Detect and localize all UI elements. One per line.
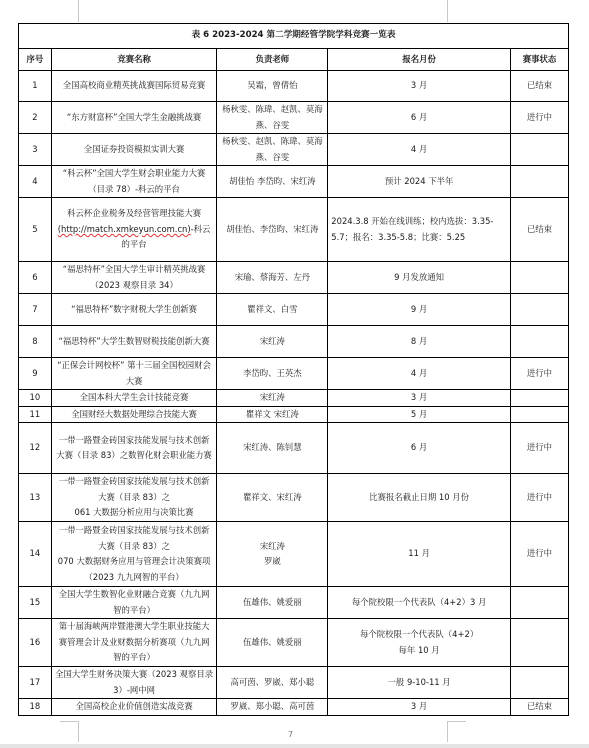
cell-month: 8 月 [328, 326, 511, 358]
cell-month: 9 月发放通知 [328, 262, 511, 294]
header-status: 赛事状态 [510, 49, 568, 71]
header-name: 竞赛名称 [51, 49, 217, 71]
cell-name: “福思特杯”全国大学生审计精英挑战赛（2023 观察目录 34） [51, 262, 217, 294]
cell-name: “福思特杯”大学生数智财税技能创新大赛 [51, 326, 217, 358]
cell-name: “正保会计网校杯” 第十三届全国校园财会大赛 [51, 358, 217, 390]
cell-teacher: 罗崴、郑小聪、高可茵 [217, 699, 328, 716]
cell-month: 2024.3.8 开始在线训练；校内选拔：3.35-5.7；报名：3.35-5.… [328, 198, 511, 262]
table-title: 表 6 2023-2024 第二学期经管学院学科竞赛一览表 [19, 24, 569, 49]
cell-teacher: 李岱昀、王英杰 [217, 358, 328, 390]
cell-no: 16 [19, 619, 52, 667]
table-row: 7 “福思特杯”数字财税大学生创新赛 瞿祥文、白雪 9 月 [19, 294, 569, 326]
table-row: 10 全国本科大学生会计技能竞赛 宋红涛 3 月 [19, 390, 569, 407]
competition-url-link[interactable]: (http://match.xmkeyun.com.cn) [58, 224, 191, 234]
cell-month: 3 月 [328, 71, 511, 102]
cell-teacher: 瞿祥文 宋红涛 [217, 406, 328, 423]
cell-no: 5 [19, 198, 52, 262]
cell-month: 5 月 [328, 406, 511, 423]
cell-teacher: 宋红涛 [217, 390, 328, 407]
page-number: 7 [288, 730, 293, 739]
table-row: 8 “福思特杯”大学生数智财税技能创新大赛 宋红涛 8 月 [19, 326, 569, 358]
cell-no: 13 [19, 474, 52, 522]
header-no: 序号 [19, 49, 52, 71]
cell-teacher: 瞿祥文、白雪 [217, 294, 328, 326]
page-corner-mark-bottom-right [447, 721, 466, 742]
cell-status [510, 134, 568, 166]
cell-name: 全国本科大学生会计技能竞赛 [51, 390, 217, 407]
table-row: 14 一带一路暨金砖国家技能发展与技术创新大赛（目录 83）之 070 大数据财… [19, 522, 569, 587]
table-row: 12 一带一路暨金砖国家技能发展与技术创新大赛（目录 83）之数智化财会职业能力… [19, 423, 569, 474]
cell-no: 11 [19, 406, 52, 423]
cell-name: 全国高校商业精英挑战赛国际贸易竞赛 [51, 71, 217, 102]
table-row: 9 “正保会计网校杯” 第十三届全国校园财会大赛 李岱昀、王英杰 4 月 进行中 [19, 358, 569, 390]
cell-name: 科云杯企业税务及经营管理技能大赛 (http://match.xmkeyun.c… [51, 198, 217, 262]
table-row: 1 全国高校商业精英挑战赛国际贸易竞赛 吴霜，曾倩怡 3 月 已结束 [19, 71, 569, 102]
cell-status [510, 326, 568, 358]
page-bottom-edge [0, 744, 589, 748]
cell-month: 6 月 [328, 423, 511, 474]
competition-name: 科云杯企业税务及经营管理技能大赛 [67, 208, 201, 218]
cell-status [510, 619, 568, 667]
table-row: 2 “东方财富杯”全国大学生金融挑战赛 杨秋雯、陈瑋、赵凯、莫海燕、谷雯 6 月… [19, 102, 569, 134]
cell-no: 17 [19, 667, 52, 699]
cell-teacher: 宋瑜、蔡海芳、左丹 [217, 262, 328, 294]
cell-name: “福思特杯”数字财税大学生创新赛 [51, 294, 217, 326]
cell-name: 一带一路暨金砖国家技能发展与技术创新大赛（目录 83）之 070 大数据财务应用… [51, 522, 217, 587]
cell-name: 全国高校企业价值创造实战竞赛 [51, 699, 217, 716]
cell-no: 4 [19, 166, 52, 198]
cell-teacher: 胡佳怡 李岱昀、宋红涛 [217, 166, 328, 198]
cell-status [510, 587, 568, 619]
cell-teacher: 吴霜，曾倩怡 [217, 71, 328, 102]
cell-month: 3 月 [328, 699, 511, 716]
table-row: 16 第十届海峡两岸暨港澳大学生职业技能大赛管理会计及业财数据分析赛项（九九网智… [19, 619, 569, 667]
cell-status: 进行中 [510, 358, 568, 390]
cell-month: 预计 2024 下半年 [328, 166, 511, 198]
cell-month: 4 月 [328, 358, 511, 390]
cell-name: “科云杯”全国大学生财会职业能力大赛（目录 78）-科云的平台 [51, 166, 217, 198]
page-corner-mark-top-left [60, 0, 79, 22]
cell-month: 3 月 [328, 390, 511, 407]
cell-name: “东方财富杯”全国大学生金融挑战赛 [51, 102, 217, 134]
cell-month: 比赛报名截止日期 10 月份 [328, 474, 511, 522]
cell-month: 每个院校限一个代表队（4+2） 每年 10 月 [328, 619, 511, 667]
page-corner-mark-top-right [447, 0, 466, 22]
cell-teacher: 宋红涛 罗崴 [217, 522, 328, 587]
cell-status: 已结束 [510, 71, 568, 102]
cell-name: 全国财经大数据处理综合技能大赛 [51, 406, 217, 423]
cell-status [510, 390, 568, 407]
cell-name: 全国大学生数智化业财融合竞赛（九九网智的平台） [51, 587, 217, 619]
cell-no: 12 [19, 423, 52, 474]
table-row: 17 全国大学生财务决策大赛（2023 观察目录 3）-网中网 高可茵、罗崴、郑… [19, 667, 569, 699]
table-header-row: 序号 竞赛名称 负责老师 报名月份 赛事状态 [19, 49, 569, 71]
table-row: 13 一带一路暨金砖国家技能发展与技术创新大赛（目录 83）之 061 大数据分… [19, 474, 569, 522]
cell-no: 2 [19, 102, 52, 134]
cell-teacher: 伍雄伟、姚爱丽 [217, 619, 328, 667]
cell-no: 10 [19, 390, 52, 407]
cell-no: 14 [19, 522, 52, 587]
cell-no: 8 [19, 326, 52, 358]
cell-no: 1 [19, 71, 52, 102]
cell-status: 已结束 [510, 699, 568, 716]
cell-status: 进行中 [510, 474, 568, 522]
cell-month: 9 月 [328, 294, 511, 326]
cell-no: 7 [19, 294, 52, 326]
cell-status: 已结束 [510, 198, 568, 262]
cell-teacher: 胡佳怡、李岱昀、宋红涛 [217, 198, 328, 262]
cell-status [510, 294, 568, 326]
cell-no: 9 [19, 358, 52, 390]
cell-month: 11 月 [328, 522, 511, 587]
cell-month: 每个院校限一个代表队（4+2）3 月 [328, 587, 511, 619]
competition-table: 表 6 2023-2024 第二学期经管学院学科竞赛一览表 序号 竞赛名称 负责… [18, 23, 569, 716]
cell-name: 全国证券投资模拟实训大赛 [51, 134, 217, 166]
table-row: 15 全国大学生数智化业财融合竞赛（九九网智的平台） 伍雄伟、姚爱丽 每个院校限… [19, 587, 569, 619]
cell-status [510, 406, 568, 423]
cell-name: 全国大学生财务决策大赛（2023 观察目录 3）-网中网 [51, 667, 217, 699]
cell-status: 进行中 [510, 522, 568, 587]
header-month: 报名月份 [328, 49, 511, 71]
cell-month: 一般 9-10-11 月 [328, 667, 511, 699]
cell-teacher: 杨秋雯、赵凯、陈瑋、莫海燕、谷雯 [217, 134, 328, 166]
cell-status [510, 166, 568, 198]
cell-teacher: 杨秋雯、陈瑋、赵凯、莫海燕、谷雯 [217, 102, 328, 134]
table-row: 5 科云杯企业税务及经营管理技能大赛 (http://match.xmkeyun… [19, 198, 569, 262]
table-row: 4 “科云杯”全国大学生财会职业能力大赛（目录 78）-科云的平台 胡佳怡 李岱… [19, 166, 569, 198]
cell-teacher: 瞿祥文、宋红涛 [217, 474, 328, 522]
table-row: 6 “福思特杯”全国大学生审计精英挑战赛（2023 观察目录 34） 宋瑜、蔡海… [19, 262, 569, 294]
cell-status [510, 262, 568, 294]
cell-no: 18 [19, 699, 52, 716]
cell-name: 一带一路暨金砖国家技能发展与技术创新大赛（目录 83）之 061 大数据分析应用… [51, 474, 217, 522]
table-row: 18 全国高校企业价值创造实战竞赛 罗崴、郑小聪、高可茵 3 月 已结束 [19, 699, 569, 716]
page-corner-mark-bottom-left [60, 721, 79, 742]
cell-name: 第十届海峡两岸暨港澳大学生职业技能大赛管理会计及业财数据分析赛项（九九网智的平台… [51, 619, 217, 667]
cell-no: 6 [19, 262, 52, 294]
cell-name: 一带一路暨金砖国家技能发展与技术创新大赛（目录 83）之数智化财会职业能力赛 [51, 423, 217, 474]
cell-month: 6 月 [328, 102, 511, 134]
header-teacher: 负责老师 [217, 49, 328, 71]
cell-teacher: 高可茵、罗崴、郑小聪 [217, 667, 328, 699]
cell-teacher: 宋红涛 [217, 326, 328, 358]
table-row: 3 全国证券投资模拟实训大赛 杨秋雯、赵凯、陈瑋、莫海燕、谷雯 4 月 [19, 134, 569, 166]
cell-month: 4 月 [328, 134, 511, 166]
table-row: 11 全国财经大数据处理综合技能大赛 瞿祥文 宋红涛 5 月 [19, 406, 569, 423]
cell-no: 15 [19, 587, 52, 619]
cell-no: 3 [19, 134, 52, 166]
cell-teacher: 伍雄伟、姚爱丽 [217, 587, 328, 619]
cell-teacher: 宋红涛、陈钊慧 [217, 423, 328, 474]
cell-status: 进行中 [510, 423, 568, 474]
cell-status [510, 667, 568, 699]
cell-status: 进行中 [510, 102, 568, 134]
